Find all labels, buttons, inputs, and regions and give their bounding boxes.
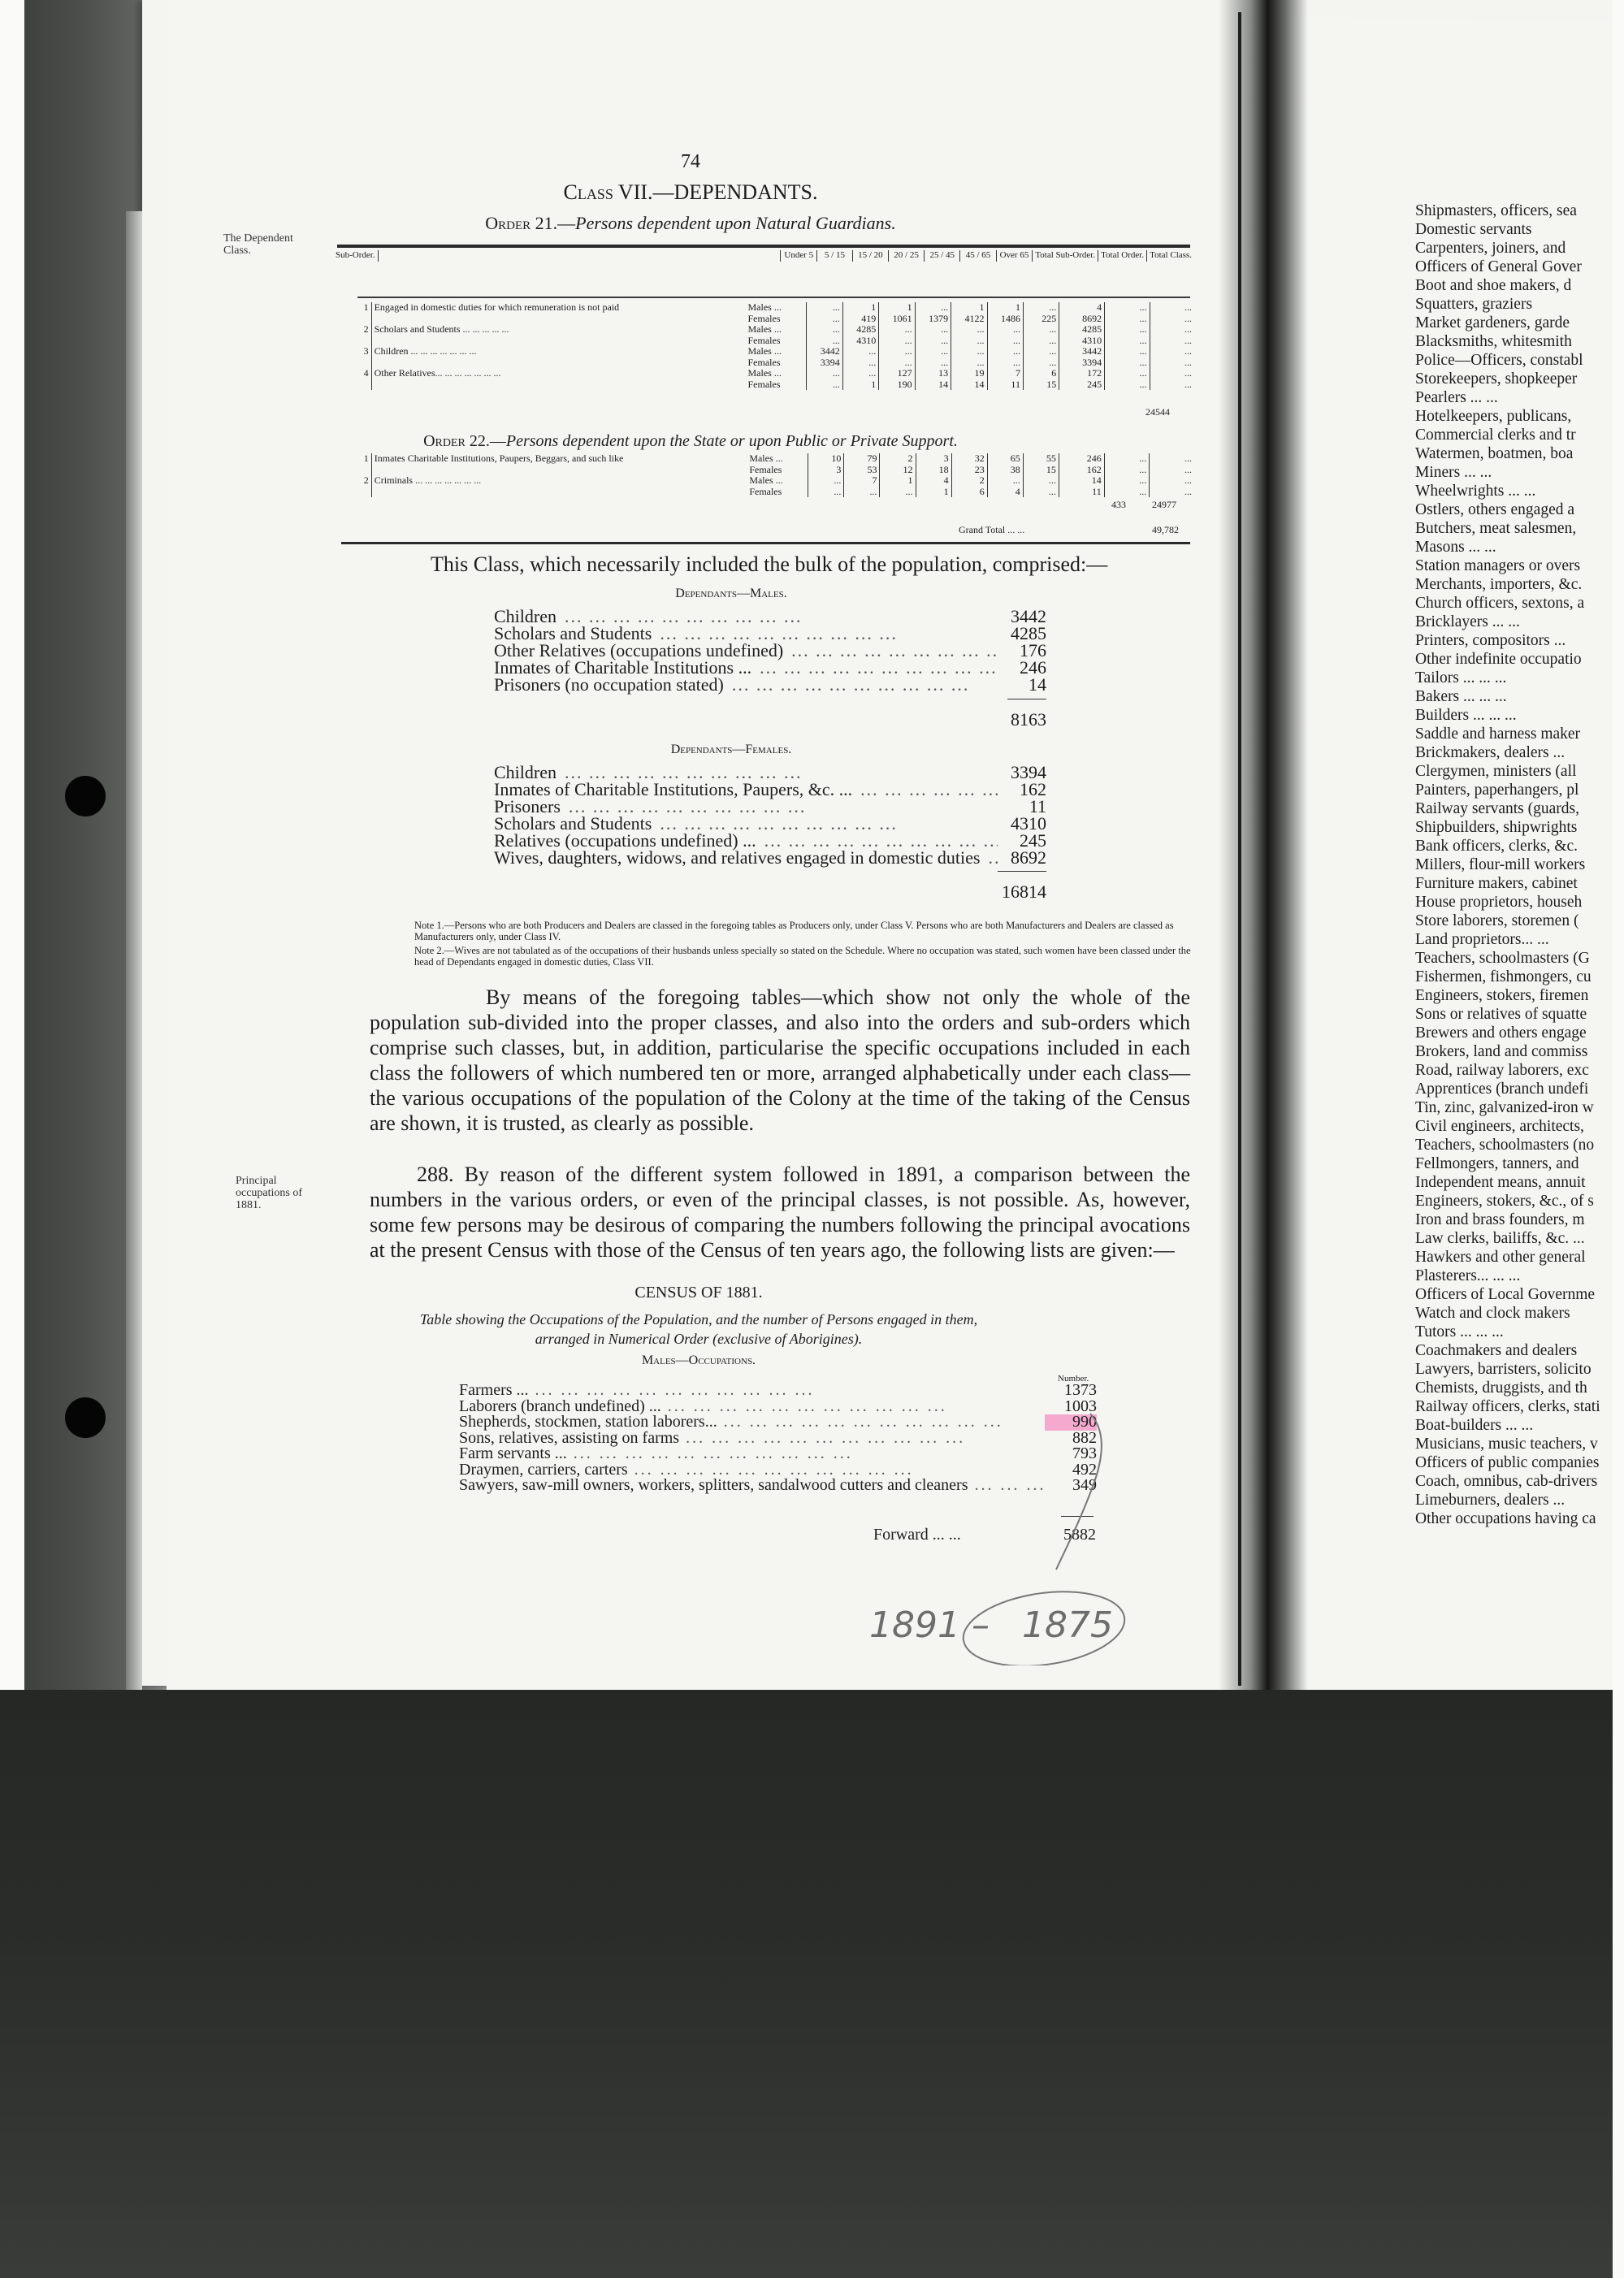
leader-dots: ... ... ... ... ... ... ... ... ... ...	[980, 849, 998, 866]
right-list-item: Officers of Local Governme	[1415, 1285, 1614, 1304]
cell-value: ...	[1150, 487, 1194, 498]
right-list-item: Other indefinite occupatio	[1415, 650, 1614, 669]
cell-value: 1	[916, 487, 951, 498]
cell-value: ...	[879, 357, 915, 369]
right-list-item: Independent means, annuit	[1415, 1173, 1614, 1192]
cell-value: 4310	[1059, 336, 1105, 347]
cell-value: 1	[879, 302, 915, 314]
right-list-item: Plasterers... ... ...	[1415, 1267, 1614, 1285]
summary-row: Children... ... ... ... ... ... ... ... …	[494, 608, 1046, 625]
cell-value: ...	[951, 324, 987, 336]
right-list-item: Carpenters, joiners, and	[1415, 239, 1614, 258]
cell-value: 419	[842, 314, 878, 325]
sub-order-number: 3	[333, 346, 371, 357]
cell-value: ...	[1150, 465, 1194, 476]
row-description	[371, 379, 745, 391]
right-list-item: Sons or relatives of squatte	[1415, 1005, 1614, 1024]
col-sex	[725, 250, 781, 262]
right-list-item: Railway servants (guards,	[1415, 799, 1614, 818]
cell-value: 1379	[915, 314, 951, 325]
right-list-item: Musicians, music teachers, v	[1415, 1435, 1614, 1453]
cell-value: ...	[1105, 357, 1150, 369]
table-row: Females...4310...............4310......	[333, 336, 1194, 347]
right-list-item: Station managers or overs	[1415, 557, 1614, 575]
hole-punch-bottom	[65, 1397, 106, 1438]
col-5-15: 5 / 15	[817, 250, 853, 262]
row-description	[371, 465, 747, 476]
cell-value: 162	[1059, 465, 1104, 476]
cell-value: 53	[844, 465, 880, 476]
right-list-item: Squatters, graziers	[1415, 295, 1614, 314]
right-list-item: Church officers, sextons, a	[1415, 594, 1614, 613]
cell-value: ...	[1023, 475, 1059, 487]
row-sex: Females	[746, 336, 807, 347]
occupation-label: Shepherds, stockmen, station laborers...	[459, 1414, 717, 1431]
right-list-item: Railway officers, clerks, stati	[1415, 1397, 1614, 1416]
right-list-item: Engineers, stokers, firemen	[1415, 986, 1614, 1005]
females-list: Children... ... ... ... ... ... ... ... …	[494, 764, 1046, 866]
cell-value: 11	[1059, 487, 1104, 498]
cell-value: ...	[1023, 487, 1059, 498]
females-heading: Dependants—Females.	[487, 743, 975, 757]
cell-value: ...	[951, 346, 987, 357]
summary-value: 3394	[998, 764, 1046, 781]
cell-value: ...	[1150, 302, 1194, 314]
sub-order-number	[333, 357, 371, 369]
cell-value: 6	[1023, 368, 1059, 379]
right-list-item: Watch and clock makers	[1415, 1304, 1614, 1323]
cell-value: ...	[842, 368, 878, 379]
table-row: 1Engaged in domestic duties for which re…	[333, 302, 1194, 314]
leader-dots: ... ... ... ... ... ... ... ... ... ... …	[529, 1383, 1045, 1399]
cell-value: ...	[1105, 368, 1150, 379]
right-list-item: Ostlers, others engaged a	[1415, 500, 1614, 519]
paragraph-288: 288. By reason of the different system f…	[370, 1162, 1190, 1262]
handwritten-year: 1891 –	[869, 1605, 990, 1646]
right-list-item: Clergymen, ministers (all	[1415, 762, 1614, 781]
right-list-item: Watermen, boatmen, boa	[1415, 444, 1614, 463]
census-1881-title: CENSUS OF 1881.	[455, 1284, 942, 1302]
cell-value: 11	[987, 379, 1023, 391]
cell-value: ...	[915, 324, 951, 336]
cell-value: 19	[951, 368, 987, 379]
grand-total-label: Grand Total ... ...	[959, 524, 1113, 536]
right-list-item: Other occupations having ca	[1415, 1509, 1614, 1528]
cell-value: 14	[915, 379, 951, 391]
order21-header: Sub-Order. Under 5 5 / 15 15 / 20 20 / 2…	[333, 250, 1194, 262]
right-list-item: Butchers, meat salesmen,	[1415, 519, 1614, 538]
row-sex: Males ...	[746, 302, 807, 314]
right-list-item: Hotelkeepers, publicans,	[1415, 407, 1614, 426]
cell-value: 4310	[842, 336, 878, 347]
cell-value: ...	[1105, 324, 1150, 336]
col-20-25: 20 / 25	[888, 250, 924, 262]
cell-value: 1	[880, 475, 916, 487]
cell-value: ...	[1105, 302, 1150, 314]
right-list-item: Storekeepers, shopkeeper	[1415, 370, 1614, 388]
right-list-item: Land proprietors... ...	[1415, 930, 1614, 949]
order22-total: 433	[1111, 499, 1126, 511]
summary-value: 11	[998, 798, 1046, 815]
leader-dots: ... ... ... ... ... ... ... ... ... ...	[652, 625, 998, 642]
row-description	[371, 314, 745, 325]
right-list-item: Law clerks, bailiffs, &c. ...	[1415, 1229, 1614, 1248]
sub-order-number	[333, 336, 371, 347]
right-list-item: Masons ... ...	[1415, 538, 1614, 557]
right-list-item: Shipbuilders, shipwrights	[1415, 818, 1614, 837]
cell-value: ...	[1150, 453, 1194, 465]
cell-value: 246	[1059, 453, 1104, 465]
right-list-item: Tutors ... ... ...	[1415, 1323, 1614, 1341]
summary-value: 245	[998, 832, 1046, 849]
leader-dots: ... ... ... ... ... ... ... ... ... ...	[724, 676, 998, 693]
summary-label: Children	[494, 608, 556, 625]
cell-value: 225	[1023, 314, 1059, 325]
cell-value: 10	[808, 453, 844, 465]
cell-value: ...	[1105, 346, 1150, 357]
cell-value: 1	[842, 379, 878, 391]
order21-title: Order 21.—Persons dependent upon Natural…	[341, 213, 1040, 234]
males-total: 8163	[998, 709, 1046, 730]
row-description: Scholars and Students ... ... ... ... ..…	[371, 324, 745, 336]
leader-dots: ... ... ... ... ... ... ... ... ... ...	[756, 832, 998, 849]
cell-value: ...	[1023, 357, 1059, 369]
grand-total: 49,782	[1152, 524, 1179, 536]
cell-value: ...	[1104, 487, 1150, 498]
males-list: Children... ... ... ... ... ... ... ... …	[494, 608, 1046, 693]
summary-row: Relatives (occupations undefined) ......…	[494, 832, 1046, 849]
right-list-item: Boat-builders ... ...	[1415, 1416, 1614, 1435]
cell-value: ...	[987, 346, 1023, 357]
row-sex: Males ...	[747, 453, 808, 465]
table-row: Females...41910611379412214862258692....…	[333, 314, 1194, 325]
right-list-item: Brickmakers, dealers ...	[1415, 743, 1614, 762]
row-description: Criminals ... ... ... ... ... ... ...	[371, 475, 747, 487]
cell-value: 15	[1023, 465, 1059, 476]
summary-value: 3442	[998, 608, 1046, 625]
cell-value: 8692	[1059, 314, 1105, 325]
cell-value: ...	[807, 324, 842, 336]
right-list-item: Police—Officers, constabl	[1415, 351, 1614, 370]
right-list-item: Officers of General Gover	[1415, 258, 1614, 276]
cell-value: ...	[879, 324, 915, 336]
cell-value: ...	[842, 346, 878, 357]
row-sex: Males ...	[746, 368, 807, 379]
cell-value: 32	[951, 453, 987, 465]
class-total: 24977	[1152, 499, 1176, 511]
cell-value: ...	[1150, 324, 1194, 336]
sub-order-number: 2	[333, 475, 371, 487]
summary-row: Inmates of Charitable Institutions, Paup…	[494, 781, 1046, 798]
right-list-item: Wheelwrights ... ...	[1415, 482, 1614, 500]
right-list-item: Bank officers, clerks, &c.	[1415, 837, 1614, 855]
sub-order-number: 4	[333, 368, 371, 379]
order22-subtitle: Persons dependent upon the State or upon…	[506, 432, 958, 450]
summary-label: Inmates of Charitable Institutions, Paup…	[494, 781, 852, 798]
right-list-item: Bakers ... ... ...	[1415, 687, 1614, 706]
cell-value: ...	[808, 475, 844, 487]
cell-value: ...	[1150, 346, 1194, 357]
right-list-item: Civil engineers, architects,	[1415, 1117, 1614, 1136]
right-list-item: Printers, compositors ...	[1415, 631, 1614, 650]
cell-value: 15	[1023, 379, 1059, 391]
leader-dots: ... ... ... ... ... ... ... ... ... ...	[783, 642, 998, 659]
cell-value: ...	[879, 346, 915, 357]
leader-dots: ... ... ... ... ... ... ... ... ... ...	[556, 608, 998, 625]
cell-value: ...	[1150, 379, 1194, 391]
summary-label: Relatives (occupations undefined) ...	[494, 832, 756, 849]
right-list-item: Millers, flour-mill workers	[1415, 855, 1614, 874]
cell-value: ...	[1023, 324, 1059, 336]
right-list-item: Limeburners, dealers ...	[1415, 1491, 1614, 1509]
row-sex: Females	[746, 379, 807, 391]
leader-dots: ... ... ... ... ... ... ... ... ... ...	[556, 764, 998, 781]
cell-value: ...	[808, 487, 844, 498]
right-list-item: Fellmongers, tanners, and	[1415, 1154, 1614, 1173]
row-description: Children ... ... ... ... ... ... ...	[371, 346, 745, 357]
table-row: Females.........164...11......	[333, 487, 1194, 498]
cell-value: ...	[951, 357, 987, 369]
right-list-item: Builders ... ... ...	[1415, 706, 1614, 725]
summary-value: 246	[998, 659, 1046, 676]
right-list-item: Saddle and harness maker	[1415, 725, 1614, 743]
summary-row: Prisoners... ... ... ... ... ... ... ...…	[494, 798, 1046, 815]
cell-value: ...	[1150, 336, 1194, 347]
cell-value: 190	[879, 379, 915, 391]
right-list-item: Officers of public companies	[1415, 1453, 1614, 1472]
males-heading: Dependants—Males.	[487, 587, 975, 601]
row-sex: Males ...	[746, 346, 807, 357]
right-list-item: Blacksmiths, whitesmith	[1415, 332, 1614, 351]
right-list-item: Engineers, stokers, &c., of s	[1415, 1192, 1614, 1210]
col-description	[378, 250, 725, 262]
right-list-item: Coach, omnibus, cab-drivers	[1415, 1472, 1614, 1491]
right-list-item: Tin, zinc, galvanized-iron w	[1415, 1098, 1614, 1117]
sub-order-number: 2	[333, 324, 371, 336]
summary-value: 8692	[998, 849, 1046, 866]
cell-value: 245	[1059, 379, 1105, 391]
cell-value: ...	[879, 336, 915, 347]
right-list-item: Teachers, schoolmasters (G	[1415, 949, 1614, 968]
cell-value: ...	[1150, 475, 1194, 487]
cell-value: 1061	[879, 314, 915, 325]
row-sex: Males ...	[746, 324, 807, 336]
order21-total: 24544	[1145, 406, 1170, 418]
right-list-item: Lawyers, barristers, solicito	[1415, 1360, 1614, 1379]
table-bottom-rule	[341, 542, 1190, 544]
cell-value: 7	[844, 475, 880, 487]
margin-note-principal-occupations: Principal occupations of 1881.	[236, 1175, 313, 1211]
cell-value: ...	[915, 336, 951, 347]
cell-value: 18	[916, 465, 951, 476]
right-list-item: Brewers and others engage	[1415, 1024, 1614, 1042]
paragraph-foregoing-tables: By means of the foregoing tables—which s…	[370, 985, 1190, 1136]
cell-value: 127	[879, 368, 915, 379]
cell-value: ...	[915, 346, 951, 357]
occupation-label: Farmers ...	[459, 1383, 529, 1399]
cell-value: ...	[1150, 357, 1194, 369]
right-list-item: Chemists, druggists, and th	[1415, 1379, 1614, 1397]
row-sex: Females	[747, 487, 808, 498]
table-row: Females3394..................3394......	[333, 357, 1194, 369]
table-row: 2Criminals ... ... ... ... ... ... ...Ma…	[333, 475, 1194, 487]
cell-value: ...	[1105, 336, 1150, 347]
table-header-rule	[357, 297, 1190, 298]
cell-value: 3442	[1059, 346, 1105, 357]
right-list-item: Coachmakers and dealers	[1415, 1341, 1614, 1360]
cell-value: 55	[1023, 453, 1059, 465]
cell-value: 12	[880, 465, 916, 476]
cell-value: ...	[915, 302, 951, 314]
males-total-rule	[1007, 699, 1046, 699]
summary-label: Inmates of Charitable Institutions ...	[494, 659, 751, 676]
table-row: 2Scholars and Students ... ... ... ... .…	[333, 324, 1194, 336]
summary-row: Children... ... ... ... ... ... ... ... …	[494, 764, 1046, 781]
scan-bottom-shadow	[0, 1690, 1624, 2278]
col-15-20: 15 / 20	[852, 250, 888, 262]
cell-value: ...	[951, 336, 987, 347]
row-description	[371, 487, 747, 498]
cell-value: ...	[807, 302, 842, 314]
summary-row: Other Relatives (occupations undefined).…	[494, 642, 1046, 659]
col-25-45: 25 / 45	[925, 250, 960, 262]
table-row: 1Inmates Charitable Institutions, Pauper…	[333, 453, 1194, 465]
cell-value: 14	[951, 379, 987, 391]
cell-value: 13	[915, 368, 951, 379]
cell-value: 2	[880, 453, 916, 465]
right-list-item: Miners ... ...	[1415, 463, 1614, 482]
right-list-item: Iron and brass founders, m	[1415, 1210, 1614, 1229]
right-list-item: Commercial clerks and tr	[1415, 426, 1614, 444]
table-row: 3Children ... ... ... ... ... ... ...Mal…	[333, 346, 1194, 357]
right-list-item: House proprietors, househ	[1415, 893, 1614, 912]
right-page-occupation-list: Shipmasters, officers, seaDomestic serva…	[1415, 201, 1614, 1528]
table-row: 4Other Relatives... ... ... ... ... ... …	[333, 368, 1194, 379]
cell-value: ...	[1150, 368, 1194, 379]
right-list-item: Fishermen, fishmongers, cu	[1415, 968, 1614, 986]
cell-value: 3	[808, 465, 844, 476]
row-sex: Males ...	[747, 475, 808, 487]
cell-value: 4285	[842, 324, 878, 336]
summary-value: 14	[998, 676, 1046, 693]
cell-value: ...	[987, 357, 1023, 369]
note-1: Note 1.—Persons who are both Producers a…	[414, 920, 1194, 942]
right-list-item: Hawkers and other general	[1415, 1248, 1614, 1267]
class-title: Class VII.—DEPENDANTS.	[406, 180, 975, 205]
row-sex: Females	[746, 357, 807, 369]
summary-row: Inmates of Charitable Institutions .....…	[494, 659, 1046, 676]
col-over-65: Over 65	[996, 250, 1033, 262]
order22-table: 1Inmates Charitable Institutions, Pauper…	[333, 453, 1194, 497]
occupation-value: 1373	[1045, 1383, 1097, 1399]
order22-prefix: Order 22.—	[423, 432, 506, 450]
right-list-item: Bricklayers ... ...	[1415, 613, 1614, 631]
right-list-item: Painters, paperhangers, pl	[1415, 781, 1614, 799]
right-list-item: Brokers, land and commiss	[1415, 1042, 1614, 1061]
cell-value: 65	[987, 453, 1023, 465]
cell-value: ...	[915, 357, 951, 369]
sub-order-number	[333, 465, 371, 476]
book-gutter-line	[1238, 12, 1241, 1686]
cell-value: 23	[951, 465, 987, 476]
cell-value: 172	[1059, 368, 1105, 379]
hole-punch-top	[65, 776, 106, 816]
occupation-row: Farmers ...... ... ... ... ... ... ... .…	[459, 1383, 1097, 1399]
handwritten-circled-year: 1875	[1022, 1605, 1113, 1646]
cell-value: 2	[951, 475, 987, 487]
cell-value: ...	[807, 379, 842, 391]
cell-value: ...	[1105, 379, 1150, 391]
row-description: Engaged in domestic duties for which rem…	[371, 302, 745, 314]
right-list-item: Furniture makers, cabinet	[1415, 874, 1614, 893]
cell-value: 1	[951, 302, 987, 314]
right-list-item: Merchants, importers, &c.	[1415, 575, 1614, 594]
cell-value: 1486	[987, 314, 1023, 325]
cell-value: ...	[1104, 465, 1150, 476]
sub-order-number	[333, 487, 371, 498]
summary-row: Wives, daughters, widows, and relatives …	[494, 849, 1046, 866]
leader-dots: ... ... ... ... ... ... ... ... ... ...	[751, 659, 998, 676]
cell-value: ...	[1150, 314, 1194, 325]
row-sex: Females	[746, 314, 807, 325]
table-row: Females3531218233815162......	[333, 465, 1194, 476]
scan-right-margin	[1613, 0, 1624, 2278]
cell-value: 1	[842, 302, 878, 314]
row-description: Other Relatives... ... ... ... ... ... .…	[371, 368, 745, 379]
cell-value: ...	[987, 475, 1023, 487]
col-total-order: Total Order.	[1098, 250, 1147, 262]
summary-row: Scholars and Students... ... ... ... ...…	[494, 625, 1046, 642]
margin-note-dependent-class: The Dependent Class.	[223, 232, 297, 257]
right-list-item: Market gardeners, garde	[1415, 314, 1614, 332]
sub-order-number: 1	[333, 302, 371, 314]
leader-dots: ... ... ... ... ... ... ... ... ... ...	[561, 798, 998, 815]
page-number: 74	[569, 151, 812, 173]
cell-value: ...	[987, 324, 1023, 336]
cell-value: ...	[807, 368, 842, 379]
order22-title: Order 22.—Persons dependent upon the Sta…	[341, 432, 1040, 451]
row-description	[371, 336, 745, 347]
cell-value: 3442	[807, 346, 842, 357]
sub-order-number: 1	[333, 453, 371, 465]
sub-order-number	[333, 379, 371, 391]
order21-subtitle: Persons dependent upon Natural Guardians…	[575, 213, 896, 233]
col-sub-order: Sub-Order.	[333, 250, 378, 262]
table-row: Females...119014141115245......	[333, 379, 1194, 391]
cell-value: 4	[916, 475, 951, 487]
cell-value: ...	[987, 336, 1023, 347]
females-total: 16814	[990, 881, 1046, 903]
cell-value: 38	[987, 465, 1023, 476]
col-45-65: 45 / 65	[960, 250, 996, 262]
cell-value: 3	[916, 453, 951, 465]
col-total-class: Total Class.	[1147, 250, 1194, 262]
cell-value: ...	[844, 487, 880, 498]
summary-value: 4285	[998, 625, 1046, 642]
right-list-item: Pearlers ... ...	[1415, 388, 1614, 407]
summary-label: Scholars and Students	[494, 625, 652, 642]
cell-value: ...	[880, 487, 916, 498]
cell-value: ...	[807, 314, 842, 325]
right-list-item: Domestic servants	[1415, 220, 1614, 239]
summary-value: 162	[998, 781, 1046, 798]
summary-row: Scholars and Students... ... ... ... ...…	[494, 815, 1046, 832]
table-top-rule	[337, 245, 1190, 248]
cell-value: 4	[1059, 302, 1105, 314]
right-list-item: Apprentices (branch undefi	[1415, 1080, 1614, 1098]
occupation-label: Farm servants ...	[459, 1446, 567, 1462]
right-list-item: Tailors ... ... ...	[1415, 669, 1614, 687]
